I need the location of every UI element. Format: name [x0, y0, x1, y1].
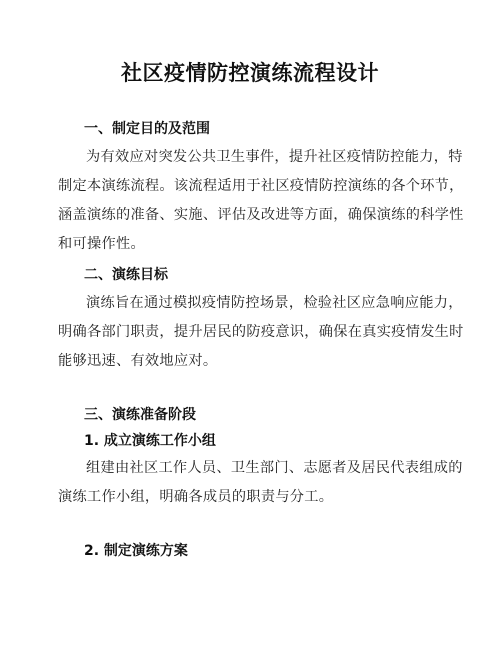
section-heading-3: 三、演练准备阶段: [84, 404, 196, 424]
section-paragraph-1: 为有效应对突发公共卫生事件，提升社区疫情防控能力，特制定本演练流程。该流程适用于…: [58, 143, 470, 259]
section-paragraph-2: 演练旨在通过模拟疫情防控场景，检验社区应急响应能力，明确各部门职责，提升居民的防…: [58, 289, 470, 376]
section-heading-1: 一、制定目的及范围: [84, 118, 210, 138]
document-title: 社区疫情防控演练流程设计: [0, 57, 500, 87]
section-heading-2: 二、演练目标: [84, 264, 168, 284]
subsection-heading-3-1: 1. 成立演练工作小组: [84, 430, 216, 450]
subsection-heading-3-2: 2. 制定演练方案: [84, 540, 188, 560]
subsection-paragraph-3-1: 组建由社区工作人员、卫生部门、志愿者及居民代表组成的演练工作小组，明确各成员的职…: [58, 454, 470, 512]
